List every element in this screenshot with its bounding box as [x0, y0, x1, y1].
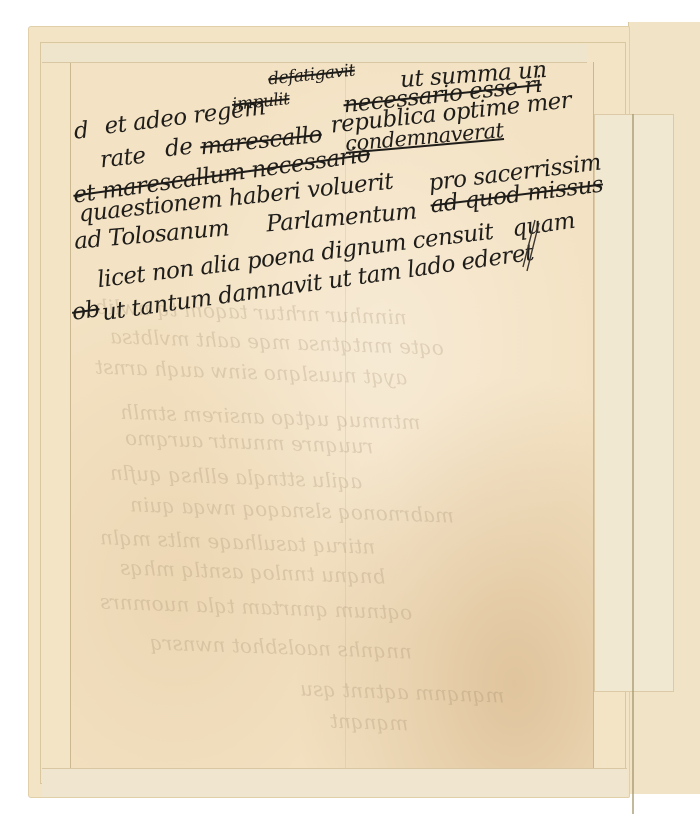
handwritten-word: ob — [70, 296, 101, 326]
bottom-hinge-tape — [42, 768, 627, 797]
bleed-through-text: mqnqnt — [330, 709, 409, 736]
side-hinge-tape — [594, 114, 674, 692]
handwritten-word: de — [164, 134, 194, 163]
handwritten-word: rate — [99, 143, 147, 174]
pen-stroke-mark — [505, 215, 545, 275]
handwritten-word: d — [73, 117, 89, 144]
binding-crease — [632, 114, 634, 814]
